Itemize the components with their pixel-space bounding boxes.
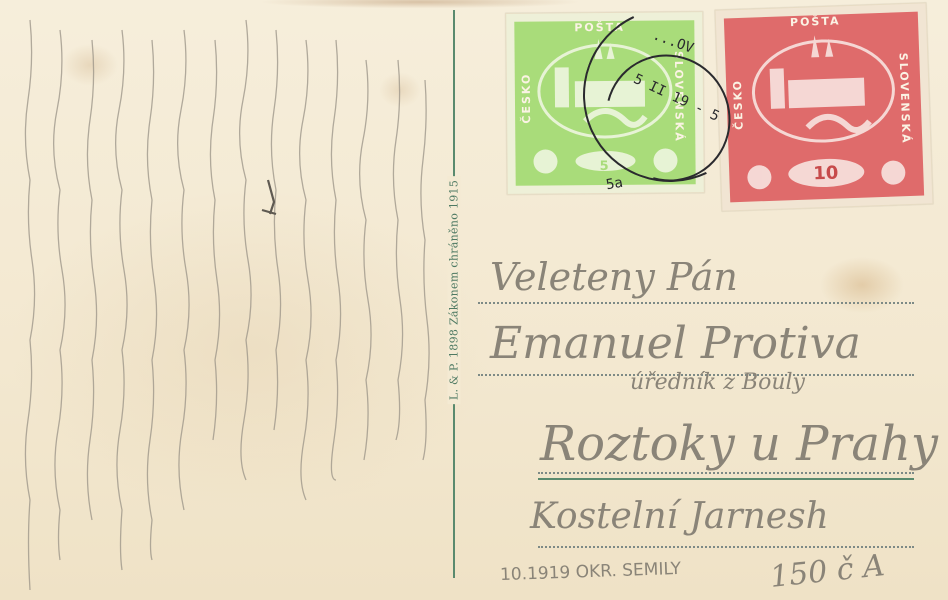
address-name: Emanuel Protiva [490, 318, 861, 369]
annotation-district: 10.1919 OKR. SEMILY [500, 559, 682, 585]
address-extra: Kostelní Jarnesh [530, 496, 829, 537]
stamp-value: 5 [599, 159, 610, 174]
stamp-left-label: ČESKO [520, 73, 533, 124]
stamp-value: 10 [813, 163, 839, 185]
publisher-imprint: L. & P. 1898 Zákonem chráněno 1915 [448, 176, 461, 404]
address-line-4 [538, 546, 914, 548]
handwritten-message [0, 0, 450, 600]
address-salutation: Veleteny Pán [490, 255, 738, 299]
stamp-top-label: POŠTA [790, 14, 841, 29]
address-line-1 [478, 302, 914, 304]
postmark-code: 5a [605, 175, 624, 194]
address-town: Roztoky u Prahy [540, 416, 938, 472]
address-title: úředník z Bouly [630, 370, 805, 395]
address-line-3-underline [538, 478, 914, 480]
postcard-back: L. & P. 1898 Zákonem chráněno 1915 POŠTA… [0, 0, 948, 600]
address-line-3 [538, 472, 914, 474]
annotation-price: 150 č A [768, 548, 886, 595]
